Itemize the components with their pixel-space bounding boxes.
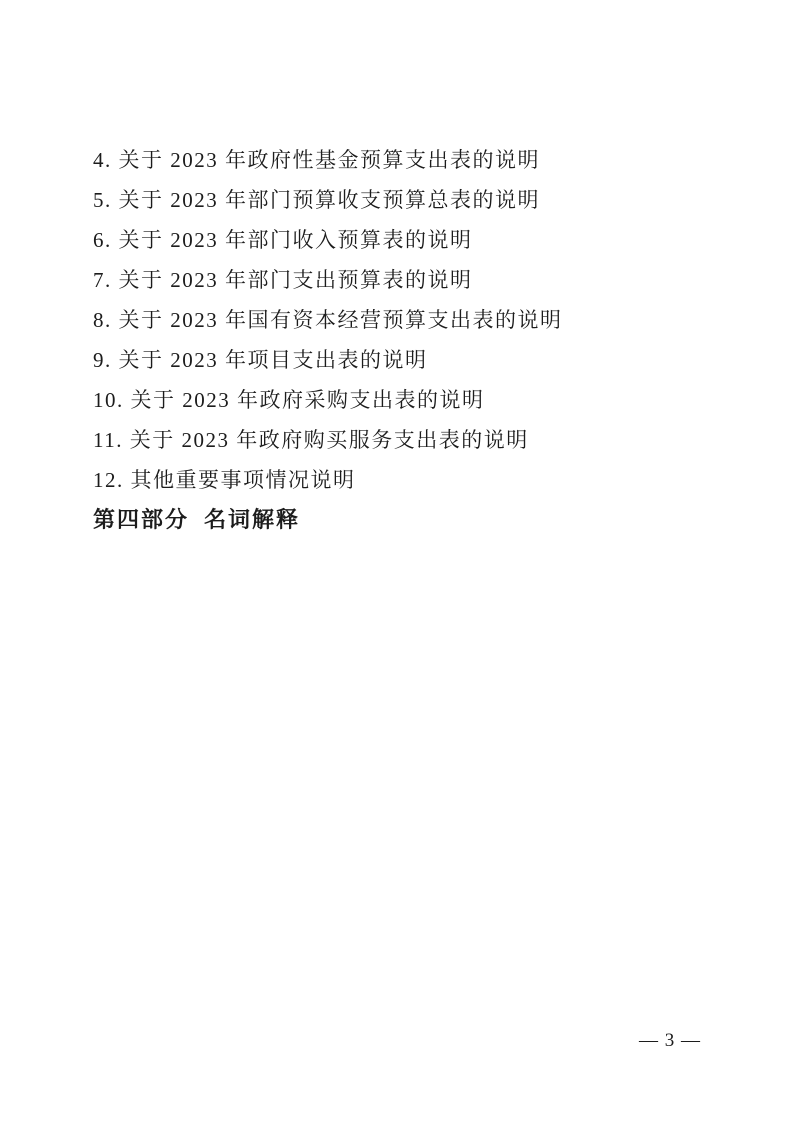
toc-item-7: 7. 关于 2023 年部门支出预算表的说明 <box>93 260 713 300</box>
toc-item-8: 8. 关于 2023 年国有资本经营预算支出表的说明 <box>93 300 713 340</box>
page-number: — 3 — <box>639 1030 701 1052</box>
table-of-contents: 4. 关于 2023 年政府性基金预算支出表的说明 5. 关于 2023 年部门… <box>93 140 713 540</box>
toc-item-6: 6. 关于 2023 年部门收入预算表的说明 <box>93 220 713 260</box>
toc-item-12: 12. 其他重要事项情况说明 <box>93 460 713 500</box>
document-page: 4. 关于 2023 年政府性基金预算支出表的说明 5. 关于 2023 年部门… <box>0 0 793 1122</box>
toc-item-11: 11. 关于 2023 年政府购买服务支出表的说明 <box>93 420 713 460</box>
toc-item-4: 4. 关于 2023 年政府性基金预算支出表的说明 <box>93 140 713 180</box>
section-heading: 第四部分 名词解释 <box>93 500 713 540</box>
toc-item-5: 5. 关于 2023 年部门预算收支预算总表的说明 <box>93 180 713 220</box>
toc-item-10: 10. 关于 2023 年政府采购支出表的说明 <box>93 380 713 420</box>
toc-item-9: 9. 关于 2023 年项目支出表的说明 <box>93 340 713 380</box>
